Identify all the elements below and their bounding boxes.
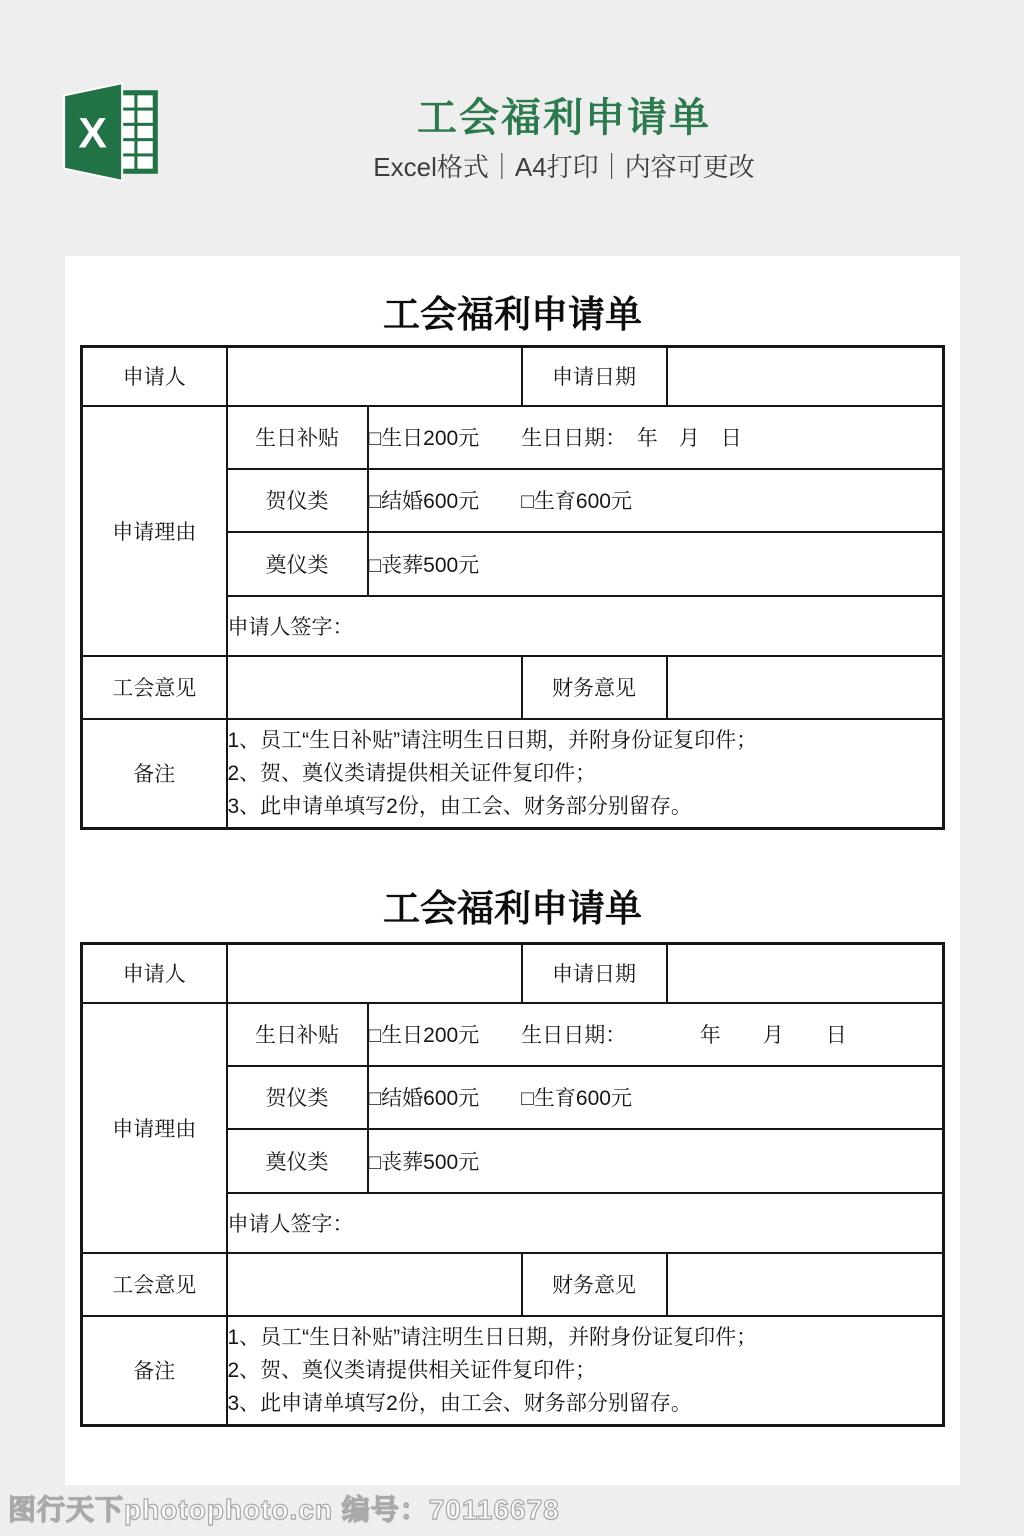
note-line-1: 1、员工“生日补贴”请注明生日日期，并附身份证复印件；: [228, 1321, 943, 1354]
finance-opinion-cell: [667, 656, 944, 719]
note-line-3: 3、此申请单填写2份，由工会、财务部分别留存。: [228, 1387, 943, 1420]
svg-text:X: X: [78, 109, 107, 157]
reason-label: 申请理由: [82, 1003, 227, 1253]
birthday-subsidy-label: 生日补贴: [227, 1003, 368, 1066]
note-line-3: 3、此申请单填写2份，由工会、财务部分别留存。: [228, 790, 943, 823]
notes-label: 备注: [82, 719, 227, 829]
birthday-subsidy-label: 生日补贴: [227, 406, 368, 469]
apply-date-label: 申请日期: [522, 944, 667, 1003]
form-1-title: 工会福利申请单: [65, 256, 960, 340]
congratulation-label: 贺仪类: [227, 469, 368, 532]
union-opinion-cell: [227, 656, 522, 719]
finance-opinion-cell: [667, 1253, 944, 1316]
apply-date-label: 申请日期: [522, 347, 667, 406]
notes-label: 备注: [82, 1316, 227, 1426]
applicant-label: 申请人: [82, 944, 227, 1003]
funeral-options: □丧葬500元: [368, 532, 944, 596]
reason-label: 申请理由: [82, 406, 227, 656]
notes-cell: 1、员工“生日补贴”请注明生日日期，并附身份证复印件； 2、贺、奠仪类请提供相关…: [227, 1316, 944, 1426]
excel-logo-svg: X: [62, 78, 164, 186]
applicant-value-cell: [227, 944, 522, 1003]
congratulation-options: □结婚600元 □生育600元: [368, 1066, 944, 1129]
apply-date-value-cell: [667, 347, 944, 406]
birthday-subsidy-options: □生日200元 生日日期： 年 月 日: [368, 406, 944, 469]
template-preview-card: 工会福利申请单 申请人 申请日期 申请理由 生日补贴 □生日200元 生日日期：…: [65, 256, 960, 1485]
apply-date-value-cell: [667, 944, 944, 1003]
funeral-label: 奠仪类: [227, 1129, 368, 1193]
union-opinion-label: 工会意见: [82, 656, 227, 719]
form-2-table: 申请人 申请日期 申请理由 生日补贴 □生日200元 生日日期： 年 月 日 贺…: [80, 942, 945, 1427]
finance-opinion-label: 财务意见: [522, 1253, 667, 1316]
funeral-options: □丧葬500元: [368, 1129, 944, 1193]
site-watermark: 图行天下photophoto.cn 编号：70116678: [8, 1488, 560, 1528]
notes-cell: 1、员工“生日补贴”请注明生日日期，并附身份证复印件； 2、贺、奠仪类请提供相关…: [227, 719, 944, 829]
note-line-1: 1、员工“生日补贴”请注明生日日期，并附身份证复印件；: [228, 724, 943, 757]
applicant-value-cell: [227, 347, 522, 406]
applicant-label: 申请人: [82, 347, 227, 406]
applicant-signature-label: 申请人签字：: [227, 596, 944, 656]
congratulation-options: □结婚600元 □生育600元: [368, 469, 944, 532]
union-opinion-label: 工会意见: [82, 1253, 227, 1316]
page-subtitle: Excel格式｜A4打印｜内容可更改: [170, 151, 958, 183]
funeral-label: 奠仪类: [227, 532, 368, 596]
template-preview-page: { "colors": { "excel_green": "#217346", …: [0, 0, 1024, 1536]
page-header: 工会福利申请单 Excel格式｜A4打印｜内容可更改: [170, 94, 958, 183]
finance-opinion-label: 财务意见: [522, 656, 667, 719]
form-2-title: 工会福利申请单: [65, 886, 960, 934]
birthday-subsidy-options: □生日200元 生日日期： 年 月 日: [368, 1003, 944, 1066]
union-opinion-cell: [227, 1253, 522, 1316]
page-title: 工会福利申请单: [170, 94, 958, 142]
note-line-2: 2、贺、奠仪类请提供相关证件复印件；: [228, 757, 943, 790]
excel-logo-icon: X: [62, 78, 164, 186]
congratulation-label: 贺仪类: [227, 1066, 368, 1129]
form-1-table: 申请人 申请日期 申请理由 生日补贴 □生日200元 生日日期： 年 月 日 贺…: [80, 345, 945, 830]
applicant-signature-label: 申请人签字：: [227, 1193, 944, 1253]
note-line-2: 2、贺、奠仪类请提供相关证件复印件；: [228, 1354, 943, 1387]
